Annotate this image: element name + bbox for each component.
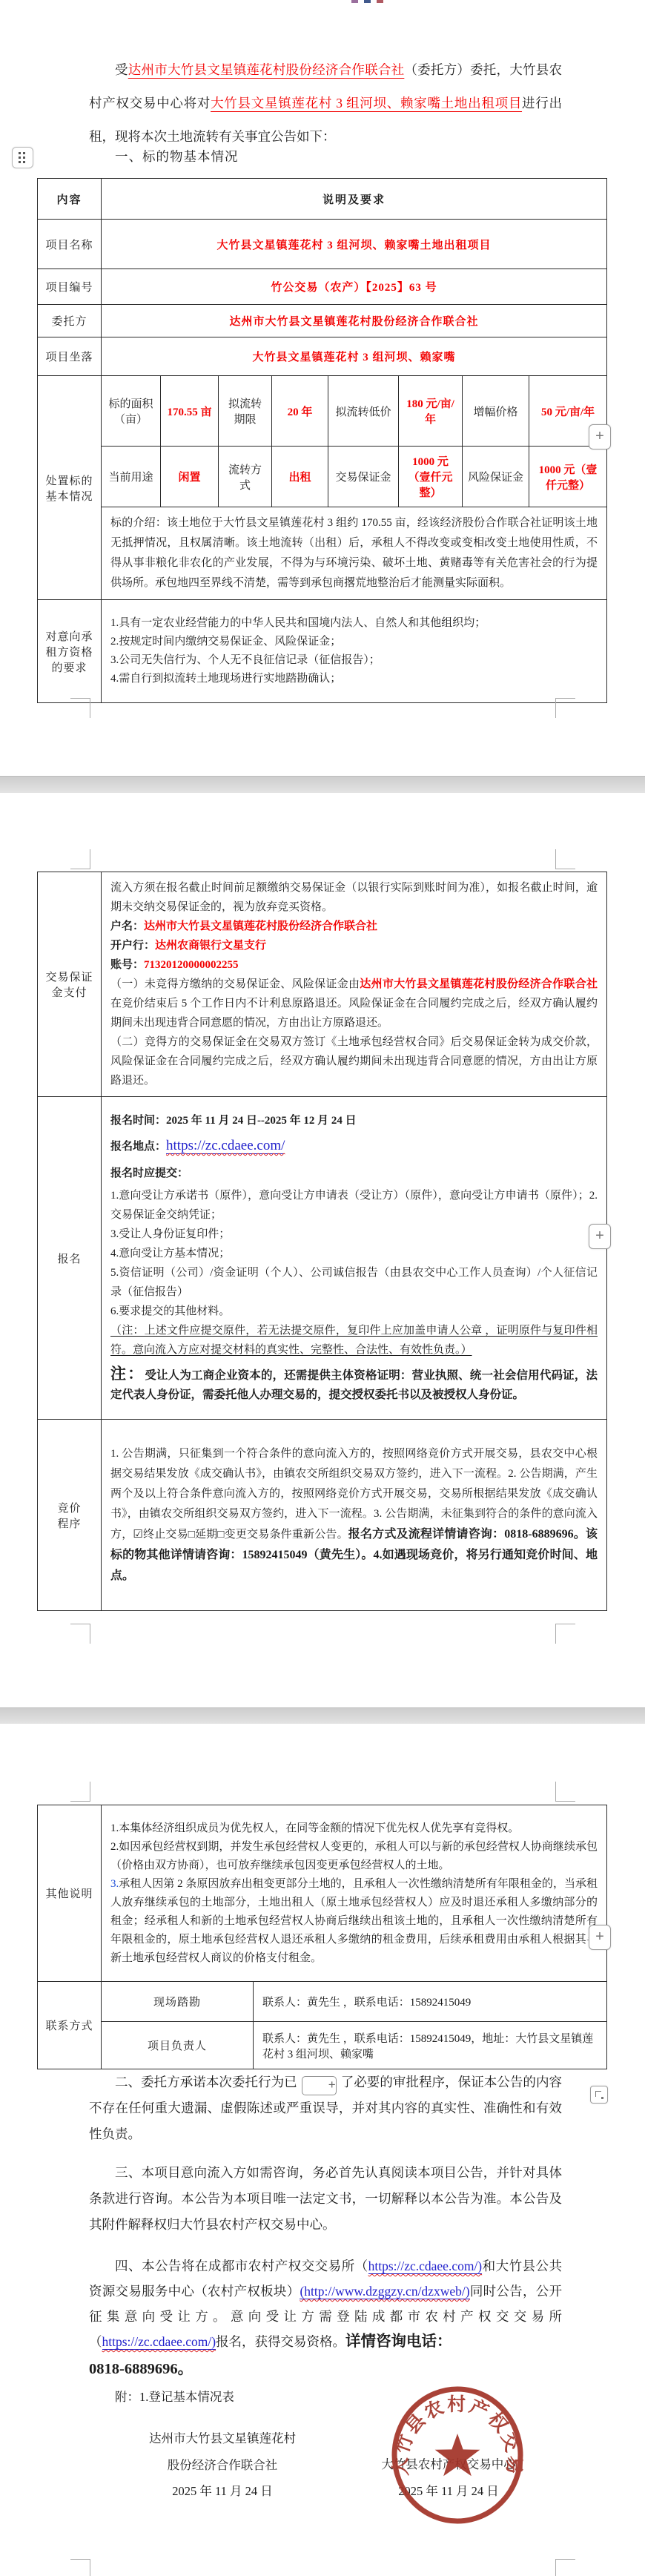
project-manager-label: 项目负责人 [102, 2022, 254, 2069]
deposit-payment-cell: 流入方须在报名截止时间前足额缴纳交易保证金（以银行实际到账时间为准），如报名截止… [102, 872, 607, 1097]
bank-value: 达州农商银行文星支行 [155, 940, 266, 952]
table-row: 项目坐落 大竹县文星镇莲花村 3 组河坝、赖家嘴 [38, 337, 607, 376]
table-row: 委托方 达州市大竹县文星镇莲花村股份经济合作联合社 [38, 305, 607, 337]
header-requirements: 说明及要求 [102, 179, 607, 220]
current-use-label: 当前用途 [102, 447, 161, 507]
site-survey-label: 现场踏勘 [102, 1982, 254, 2022]
risk-deposit-value: 1000 元（壹仟元整） [529, 447, 607, 507]
qualification-label-line3: 的要求 [42, 659, 96, 675]
account-name-label: 户名： [110, 920, 144, 932]
area-value: 170.55 亩 [161, 376, 219, 447]
disposal-label-line1: 处置标的 [42, 472, 96, 488]
expand-revision-icon[interactable] [590, 2086, 608, 2104]
signup-place-label: 报名地点： [110, 1141, 166, 1153]
signature-org-line2: 股份经济合作联合社 [126, 2452, 319, 2479]
signup-label: 报名 [38, 1097, 102, 1420]
qualification-cell: 1.具有一定农业经营能力的中华人民共和国境内法人、自然人和其他组织均； 2.按规… [102, 600, 607, 703]
risk-deposit-label: 风险保证金 [463, 447, 529, 507]
paragraph-publication: 四、本公告将在成都市农村产权交交易所（https://zc.cdaee.com/… [89, 2253, 562, 2384]
bidding-procedure-cell: 1. 公告期满，只征集到一个符合条件的意向流入方的，按照网络竞价方式开展交易，县… [102, 1420, 607, 1611]
consignor-value: 达州市大竹县文星镇莲花村股份经济合作联合社 [102, 305, 607, 337]
toolbar-fragment-icon [377, 0, 383, 3]
transfer-method-value: 出租 [272, 447, 328, 507]
deposit-refund-text2: 在竞价结束后 5 个工作日内不计利息原路退还。风险保证金在合同履约完成之后，经双… [110, 998, 598, 1029]
signature-left-block: 达州市大竹县文星镇莲花村 股份经济合作联合社 2025 年 11 月 24 日 [126, 2425, 319, 2505]
page-margin-mark [555, 2559, 575, 2576]
other-note-item: 2.如因承包经营权到期，并发生承包经营权人变更的，承租人可以与新的承包经营权人协… [110, 1838, 598, 1875]
table-drag-handle-icon[interactable] [12, 147, 33, 168]
page-margin-mark [70, 1624, 90, 1644]
other-and-contact-table: 其他说明 1.本集体经济组织成员为优先权人，在同等金额的情况下优先权人优先享有竞… [37, 1805, 607, 2069]
official-red-stamp: 大竹县农村产权交易中心 [387, 2385, 528, 2526]
bidding-label-line1: 竞价 [42, 1500, 96, 1515]
project-location-value: 大竹县文星镇莲花村 3 组河坝、赖家嘴 [102, 337, 607, 376]
term-label: 拟流转期限 [219, 376, 272, 447]
insert-row-plus-button[interactable]: + [589, 424, 611, 449]
page-2: 交易保证 金支付 流入方须在报名截止时间前足额缴纳交易保证金（以银行实际到账时间… [0, 793, 645, 1707]
signup-note2-mark: 注： [110, 1365, 145, 1383]
dzggzy-link[interactable]: (http://www.dzggzy.cn/dzxweb/) [300, 2284, 469, 2299]
bank-label: 开户行： [110, 940, 155, 952]
subject-description-cell: 标的介绍：该土地位于大竹县文星镇莲花村 3 组约 170.55 亩，经该经济股份… [102, 507, 607, 600]
commitment-text-pre: 二、委托方承诺本次委托行为已 [115, 2075, 297, 2089]
increment-label: 增幅价格 [463, 376, 529, 447]
other-note3-number: 3. [110, 1878, 119, 1890]
table-row: 当前用途 闲置 流转方式 出租 交易保证金 1000 元（壹仟元整） 风险保证金… [38, 447, 607, 507]
signup-time-label: 报名时间： [110, 1115, 166, 1127]
signup-time-value: 2025 年 11 月 24 日--2025 年 12 月 24 日 [166, 1115, 357, 1127]
contact-method-label: 联系方式 [38, 1982, 102, 2069]
table-row: 其他说明 1.本集体经济组织成员为优先权人，在同等金额的情况下优先权人优先享有竞… [38, 1805, 607, 1982]
signup-note1: （注：上述文件应提交原件，若无法提交原件，复印件上应加盖申请人公章 ，证明原件与… [110, 1321, 598, 1360]
signature-org-line1: 达州市大竹县文星镇莲花村 [126, 2425, 319, 2452]
table-row: 处置标的 基本情况 标的面积（亩） 170.55 亩 拟流转期限 20 年 拟流… [38, 376, 607, 447]
page-divider [0, 1707, 645, 1724]
signature-date-left: 2025 年 11 月 24 日 [126, 2478, 319, 2505]
consult-phone-label: 详情咨询电话： [345, 2333, 452, 2350]
page-margin-mark [70, 849, 90, 869]
paragraph-consultation: 三、本项目意向流入方如需咨询，务必首先认真阅读本项目公告，并针对具体条款进行咨询… [89, 2160, 562, 2238]
page-divider [0, 776, 645, 793]
project-number-value: 竹公交易（农产）【2025】63 号 [102, 269, 607, 305]
closing-paragraphs: 二、委托方承诺本次委托行为已+了必要的审批程序，保证本公告的内容不存在任何重大遗… [89, 2069, 562, 2410]
stamp-star-icon [435, 2434, 480, 2476]
page-margin-mark [555, 698, 575, 718]
project-manager-contact: 联系人：黄先生 ，联系电话：15892415049，地址：大竹县文星镇莲花村 3… [254, 2022, 607, 2069]
intro-consignor-highlight: 达州市大竹县文星镇莲花村股份经济合作联合社 [128, 62, 405, 77]
collapsed-revision-plus-icon[interactable]: + [302, 2076, 337, 2095]
signup-item: 3.受让人身份证复印件； [110, 1225, 598, 1244]
page-margin-mark [555, 1782, 575, 1802]
intro-project-highlight: 大竹县文星镇莲花村 3 组河坝、赖家嘴土地出租项目 [211, 96, 522, 111]
signup-note2-text: 受让人为工商企业资本的，还需提供主体资格证明：营业执照、统一社会信用代码证，法定… [110, 1369, 598, 1401]
page-margin-mark [70, 698, 90, 718]
deposit-payment-label: 交易保证 金支付 [38, 872, 102, 1097]
qualification-item: 4.需自行到拟流转土地现场进行实地踏勘确认； [110, 670, 598, 688]
intro-paragraph: 受达州市大竹县文星镇莲花村股份经济合作联合社（委托方）委托，大竹县农村产权交易中… [89, 53, 562, 154]
intro-text: 受 [115, 62, 128, 77]
document-viewer: 受达州市大竹县文星镇莲花村股份经济合作联合社（委托方）委托，大竹县农村产权交易中… [0, 0, 645, 2576]
table-row: 项目编号 竹公交易（农产）【2025】63 号 [38, 269, 607, 305]
account-name-value: 达州市大竹县文星镇莲花村股份经济合作联合社 [144, 920, 377, 932]
current-use-value: 闲置 [161, 447, 219, 507]
transfer-method-label: 流转方式 [219, 447, 272, 507]
qualification-label-line1: 对意向承 [42, 628, 96, 644]
disposal-basic-info-label: 处置标的 基本情况 [38, 376, 102, 600]
page-3: 其他说明 1.本集体经济组织成员为优先权人，在同等金额的情况下优先权人优先享有竞… [0, 1724, 645, 2576]
consignor-label: 委托方 [38, 305, 102, 337]
signup-link[interactable]: https://zc.cdaee.com/ [166, 1138, 285, 1154]
corner-dot-glyph [601, 2097, 603, 2099]
table-row: 项目负责人 联系人：黄先生 ，联系电话：15892415049，地址：大竹县文星… [38, 2022, 607, 2069]
paragraph-commitment: 二、委托方承诺本次委托行为已+了必要的审批程序，保证本公告的内容不存在任何重大遗… [89, 2069, 562, 2147]
term-value: 20 年 [272, 376, 328, 447]
table-row: 竞价 程序 1. 公告期满，只征集到一个符合条件的意向流入方的，按照网络竞价方式… [38, 1420, 607, 1611]
procedure-table: 交易保证 金支付 流入方须在报名截止时间前足额缴纳交易保证金（以银行实际到账时间… [37, 872, 607, 1611]
corner-bracket-glyph [595, 2091, 601, 2097]
grid-dots-icon [19, 152, 21, 154]
subject-description-text: 标的介绍：该土地位于大竹县文星镇莲花村 3 组约 170.55 亩，经该经济股份… [110, 513, 598, 593]
signup-item: 1.意向受让方承诺书（原件），意向受让方申请表（受让方）（原件），意向受让方申请… [110, 1186, 598, 1225]
bidding-procedure-text: 1. 公告期满，只征集到一个符合条件的意向流入方的，按照网络竞价方式开展交易，县… [110, 1448, 598, 1541]
deposit-refund-text: （一）未竞得方缴纳的交易保证金、风险保证金由 [110, 978, 360, 990]
other-notes-label: 其他说明 [38, 1805, 102, 1982]
qualification-item: 2.按规定时间内缴纳交易保证金、风险保证金； [110, 633, 598, 651]
site-survey-contact: 联系人：黄先生 ，联系电话：15892415049 [254, 1982, 607, 2022]
project-location-label: 项目坐落 [38, 337, 102, 376]
table-row: 项目名称 大竹县文星镇莲花村 3 组河坝、赖家嘴土地出租项目 [38, 220, 607, 269]
publication-text: 报名，获得交易资格。 [216, 2334, 345, 2349]
insert-row-plus-button[interactable]: + [589, 1224, 611, 1249]
signup-cell: 报名时间：2025 年 11 月 24 日--2025 年 12 月 24 日 … [102, 1097, 607, 1420]
table-row: 标的介绍：该土地位于大竹县文星镇莲花村 3 组约 170.55 亩，经该经济股份… [38, 507, 607, 600]
section-1-heading: 一、标的物基本情况 [115, 147, 239, 165]
table-row: 联系方式 现场踏勘 联系人：黄先生 ，联系电话：15892415049 [38, 1982, 607, 2022]
floor-price-label: 拟流转低价 [328, 376, 399, 447]
signup-item: 6.要求提交的其他材料。 [110, 1302, 598, 1321]
page-margin-mark [70, 2559, 90, 2576]
qualification-item: 3.公司无失信行为、个人无不良征信记录（征信报告）； [110, 651, 598, 670]
area-label: 标的面积（亩） [102, 376, 161, 447]
trade-deposit-label: 交易保证金 [328, 447, 399, 507]
toolbar-fragment-icon [364, 0, 371, 3]
trade-deposit-value: 1000 元（壹仟元整） [399, 447, 463, 507]
page-margin-mark [555, 849, 575, 869]
account-number-label: 账号： [110, 959, 144, 971]
qualification-label-line2: 租方资格 [42, 644, 96, 659]
signup-item: 5.资信证明（公司）/资金证明（个人）、公司诚信报告（由县农交中心工作人员查询）… [110, 1263, 598, 1302]
deposit-label-line2: 金支付 [42, 984, 96, 1000]
disposal-label-line2: 基本情况 [42, 488, 96, 504]
project-number-label: 项目编号 [38, 269, 102, 305]
deposit-rule-text: 流入方须在报名截止时间前足额缴纳交易保证金（以银行实际到账时间为准），如报名截止… [110, 878, 598, 917]
toolbar-fragment-icon [351, 0, 358, 3]
qualification-item: 1.具有一定农业经营能力的中华人民共和国境内法人、自然人和其他组织均； [110, 614, 598, 633]
table-header-row: 内容 说明及要求 [38, 179, 607, 220]
cdaee-link-2[interactable]: https://zc.cdaee.com/) [102, 2334, 216, 2350]
deposit-label-line1: 交易保证 [42, 969, 96, 984]
header-content: 内容 [38, 179, 102, 220]
page-margin-mark [70, 1782, 90, 1802]
deposit-refund-org: 达州市大竹县文星镇莲花村股份经济合作联合社 [360, 978, 598, 990]
bidding-procedure-label: 竞价 程序 [38, 1420, 102, 1611]
other-note-item: 1.本集体经济组织成员为优先权人，在同等金额的情况下优先权人优先享有竞得权。 [110, 1819, 598, 1838]
floor-price-value: 180 元/亩/年 [399, 376, 463, 447]
other-note3-text: 承租人因第 2 条原因放弃出租变更部分土地的，且承租人一次性缴纳清楚所有年限租金… [110, 1878, 598, 1964]
insert-row-plus-button[interactable]: + [589, 1925, 611, 1950]
cdaee-link[interactable]: https://zc.cdaee.com/) [368, 2259, 483, 2274]
account-number-value: 71320120000002255 [144, 959, 239, 971]
table-row: 对意向承 租方资格 的要求 1.具有一定农业经营能力的中华人民共和国境内法人、自… [38, 600, 607, 703]
table-row: 报名 报名时间：2025 年 11 月 24 日--2025 年 12 月 24… [38, 1097, 607, 1420]
bidding-label-line2: 程序 [42, 1515, 96, 1531]
signup-submit-label: 报名时应提交： [110, 1164, 598, 1183]
qualification-label: 对意向承 租方资格 的要求 [38, 600, 102, 703]
deposit-winner-text: （二）竞得方的交易保证金在交易双方签订《土地承包经营权合同》后交易保证金转为成交… [110, 1032, 598, 1090]
publication-text: 四、本公告将在成都市农村产权交交易所（ [115, 2259, 368, 2273]
signup-item: 4.意向受让方基本情况； [110, 1244, 598, 1263]
page-margin-mark [555, 1624, 575, 1644]
other-notes-cell: 1.本集体经济组织成员为优先权人，在同等金额的情况下优先权人优先享有竞得权。 2… [102, 1805, 607, 1982]
table-row: 交易保证 金支付 流入方须在报名截止时间前足额缴纳交易保证金（以银行实际到账时间… [38, 872, 607, 1097]
consult-phone-number: 0818-6889696。 [89, 2354, 562, 2384]
page-1: 受达州市大竹县文星镇莲花村股份经济合作联合社（委托方）委托，大竹县农村产权交易中… [0, 0, 645, 776]
project-name-label: 项目名称 [38, 220, 102, 269]
subject-basic-info-table: 内容 说明及要求 项目名称 大竹县文星镇莲花村 3 组河坝、赖家嘴土地出租项目 … [37, 178, 607, 703]
project-name-value: 大竹县文星镇莲花村 3 组河坝、赖家嘴土地出租项目 [102, 220, 607, 269]
